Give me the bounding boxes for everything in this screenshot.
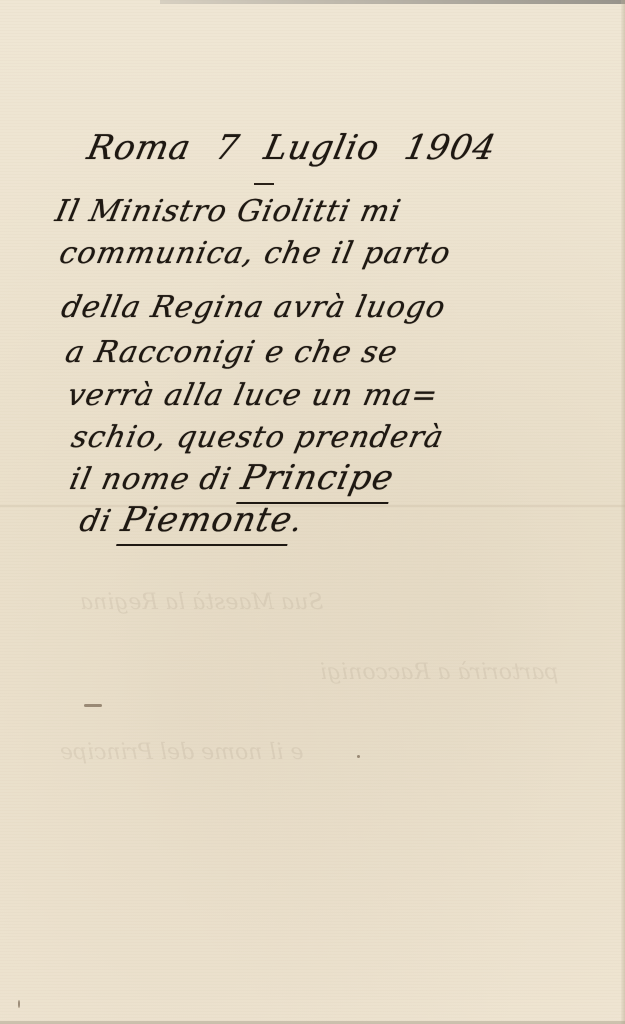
line-prefix: il nome di [67, 462, 235, 497]
underlined-title-principe: Principe [236, 458, 397, 504]
letter-date: Roma 7 Luglio 1904 [84, 128, 500, 168]
letter-line: di Piemonte. [75, 500, 307, 546]
line-prefix: di [77, 504, 115, 539]
handwritten-letter: Roma 7 Luglio 1904 Il Ministro Giolitti … [0, 0, 625, 1024]
letter-line: communica, che il parto [56, 236, 454, 271]
letter-line: Il Ministro Giolitti mi [52, 194, 404, 229]
letter-line: della Regina avrà luogo [58, 290, 449, 325]
underlined-title-piemonte: Piemonte [116, 500, 296, 546]
letter-line: a Racconigi e che se [62, 335, 401, 370]
letter-page: Sua Maestà la Regina partorirà a Racconi… [0, 0, 625, 1024]
letter-line: schio, questo prenderà [68, 420, 447, 455]
letter-line: verrà alla luce un ma= [64, 378, 441, 413]
date-underline-mark [254, 183, 274, 185]
letter-line: il nome di Principe [65, 458, 398, 504]
